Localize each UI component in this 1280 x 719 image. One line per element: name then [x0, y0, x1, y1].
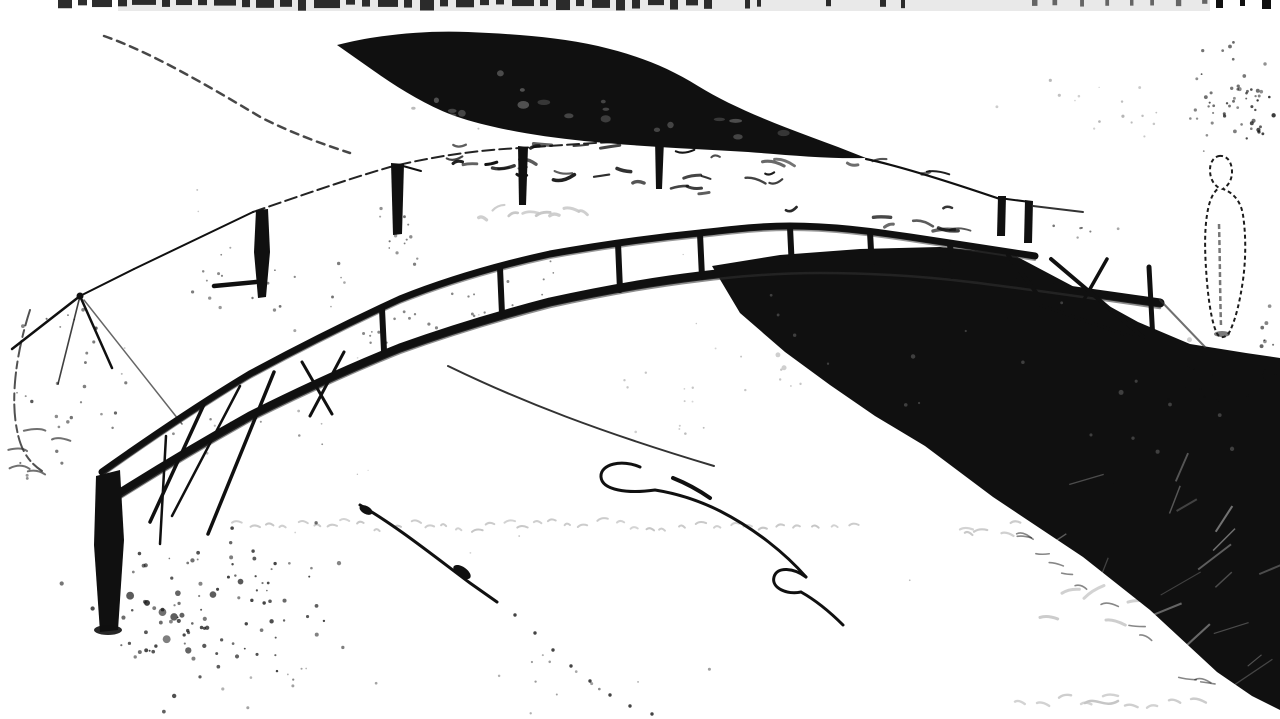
pedestrian-figure [1205, 156, 1245, 337]
sketch-canvas: Hand-drawn perspective sketch of a slend… [0, 0, 1280, 719]
shadow-embankment [712, 247, 1280, 710]
bridge-sketch: Hand-drawn perspective sketch of a slend… [0, 0, 1280, 719]
scan-top-edge-fragments [58, 0, 1271, 11]
road-markings [358, 366, 843, 716]
tree-mass [337, 32, 866, 159]
